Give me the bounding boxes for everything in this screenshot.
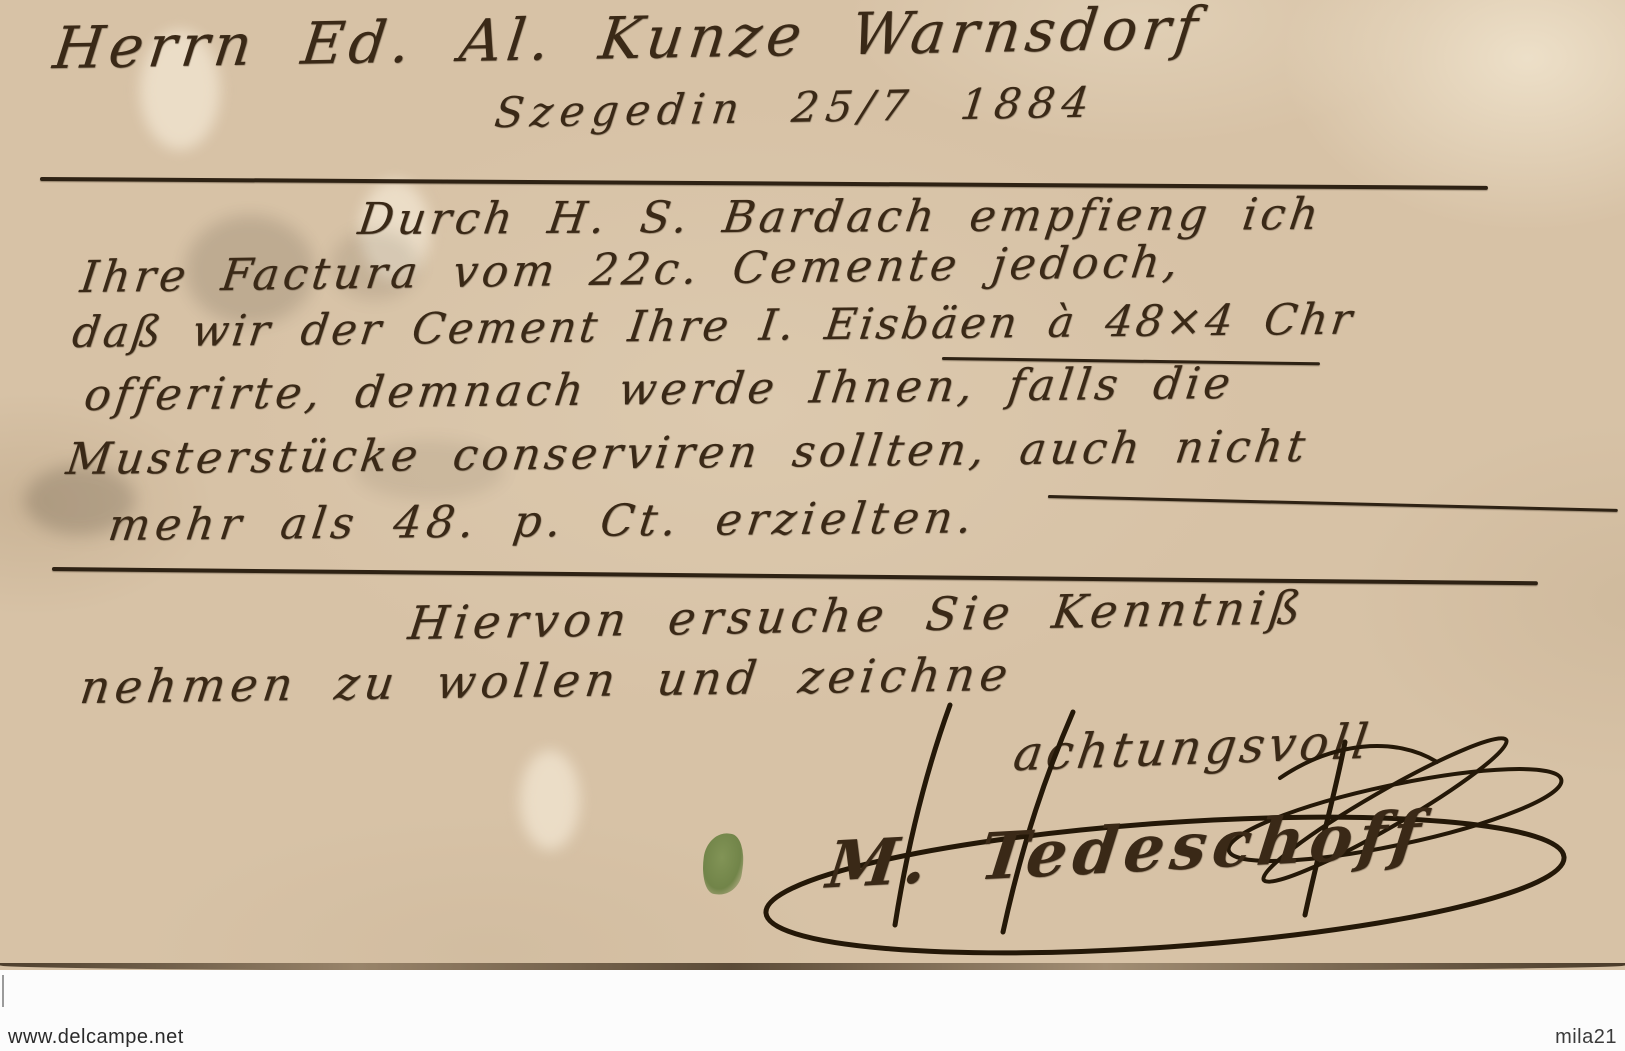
postcard-paper: Herrn Ed. Al. Kunze Warnsdorf Szegedin 2… (0, 0, 1625, 970)
body-line-5: Musterstücke conserviren sollten, auch n… (63, 421, 1312, 485)
green-stain (699, 831, 747, 898)
body-line-4: offerirte, demnach werde Ihnen, falls di… (81, 358, 1237, 421)
dateline: Szegedin 25/7 1884 (492, 78, 1099, 138)
body-line-7: Hiervon ersuche Sie Kenntniß (405, 580, 1308, 650)
postcard-scan: Herrn Ed. Al. Kunze Warnsdorf Szegedin 2… (0, 0, 1625, 1051)
scan-strip: www.delcampe.net mila21 (0, 970, 1625, 1051)
watermark-delcampe: www.delcampe.net (8, 1026, 184, 1049)
body-line-6: mehr als 48. p. Ct. erzielten. (105, 492, 980, 551)
scan-edge-line (2, 975, 4, 1007)
recipient-line: Herrn Ed. Al. Kunze Warnsdorf (50, 0, 1206, 82)
ink-rule-top (40, 177, 1488, 190)
underline-auch-nicht (1048, 495, 1618, 512)
ink-rule-middle (52, 567, 1538, 585)
worn-spot (520, 750, 580, 850)
watermark-username: mila21 (1555, 1026, 1617, 1049)
